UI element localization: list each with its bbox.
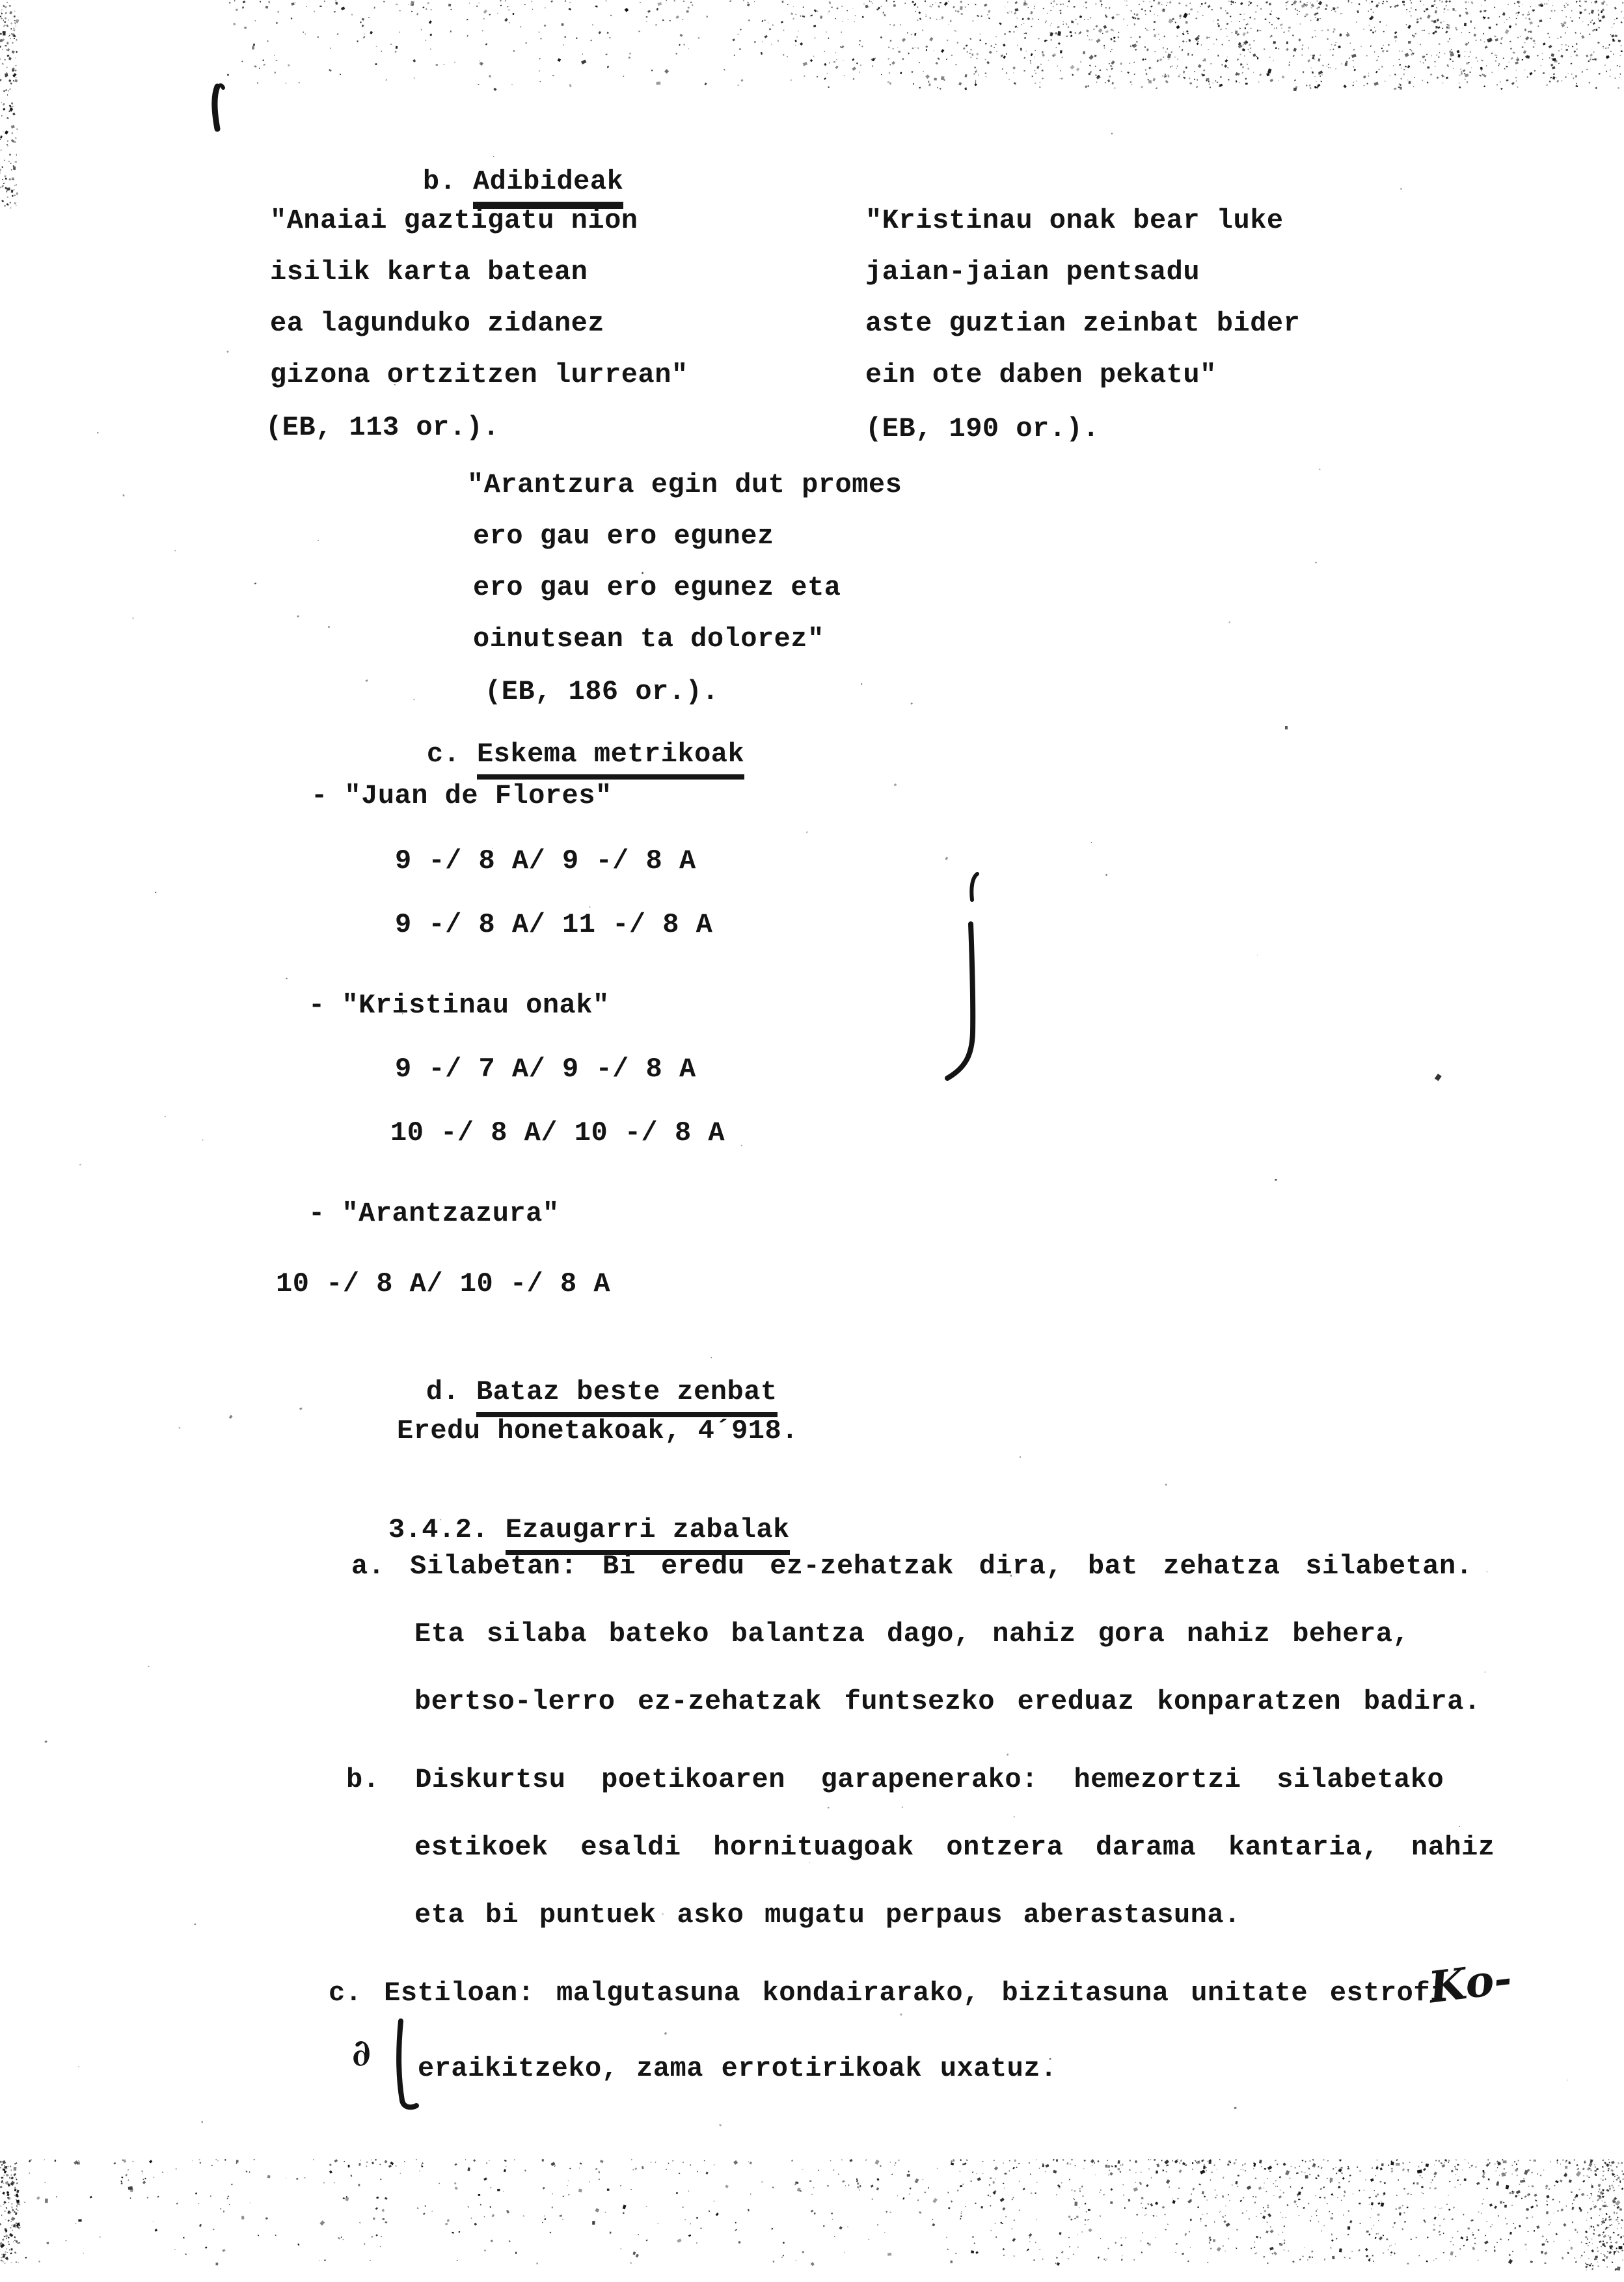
text-line: isilik karta batean: [270, 257, 588, 287]
scan-noise-sparse: [0, 0, 1624, 2282]
text-line: gizona ortzitzen lurrean": [270, 360, 688, 390]
heading-title: Ezaugarri zabalak: [506, 1514, 790, 1555]
text-line: Eta silaba bateko balantza dago, nahiz g…: [414, 1619, 1409, 1649]
text-line: eraikitzeko, zama errotirikoak uxatuz.: [418, 2054, 1057, 2084]
handwritten-correction: Ko-: [1426, 1953, 1515, 2013]
heading-prefix: b.: [423, 166, 473, 197]
text-line: - "Juan de Flores": [311, 781, 612, 811]
text-line: Eredu honetakoak, 4´918.: [397, 1416, 798, 1446]
text-line: a. Silabetan: Bi eredu ez-zehatzak dira,…: [351, 1551, 1472, 1581]
heading-prefix: 3.4.2.: [388, 1514, 506, 1545]
text-line: oinutsean ta dolorez": [473, 624, 824, 654]
scan-noise-bottom: [0, 2159, 1624, 2282]
heading-title: Adibideak: [473, 166, 623, 209]
text-line: jaian-jaian pentsadu: [865, 257, 1200, 287]
text-line: ein ote daben pekatu": [865, 360, 1217, 390]
text-line: 9 -/ 8 A/ 9 -/ 8 A: [395, 846, 696, 876]
text-line: ero gau ero egunez eta: [473, 573, 841, 603]
text-line: ea lagunduko zidanez: [270, 308, 604, 338]
text-line: "Arantzura egin dut promes: [467, 470, 902, 500]
scan-noise-top: [0, 0, 1624, 215]
text-line: - "Arantzazura": [308, 1199, 560, 1229]
text-line: 10 -/ 8 A/ 10 -/ 8 A: [276, 1269, 610, 1299]
heading-title: Eskema metrikoak: [477, 739, 744, 780]
ink-blot-mark: [204, 83, 230, 134]
text-line: c. Estiloan: malgutasuna kondairarako, b…: [329, 1978, 1447, 2008]
heading-prefix: c.: [427, 739, 477, 770]
text-line: (EB, 190 or.).: [865, 414, 1100, 444]
text-line: eta bi puntuek asko mugatu perpaus abera…: [414, 1900, 1241, 1930]
text-line: bertso-lerro ez-zehatzak funtsezko eredu…: [414, 1687, 1481, 1717]
text-line: (EB, 186 or.).: [485, 677, 719, 707]
text-line: "Kristinau onak bear luke: [865, 206, 1284, 236]
text-line: - "Kristinau onak": [308, 990, 610, 1020]
text-line: 9 -/ 7 A/ 9 -/ 8 A: [395, 1054, 696, 1084]
text-line: (EB, 113 or.).: [265, 413, 500, 442]
heading-title: Bataz beste zenbat: [476, 1376, 778, 1417]
text-line: "Anaiai gaztigatu nion: [270, 206, 638, 236]
text-line: ero gau ero egunez: [473, 521, 774, 551]
text-line: 9 -/ 8 A/ 11 -/ 8 A: [395, 910, 712, 940]
heading-prefix: d.: [426, 1376, 476, 1407]
text-line: b. Diskurtsu poetikoaren garapenerako: h…: [346, 1765, 1444, 1795]
vertical-bracket-mark: [930, 862, 1022, 1096]
text-line: aste guztian zeinbat bider: [865, 308, 1300, 338]
scanned-page: b. Adibideak c. Eskema metrikoak d. Bata…: [0, 0, 1624, 2282]
text-line: 10 -/ 8 A/ 10 -/ 8 A: [390, 1118, 725, 1148]
handwritten-insertion: ∂: [349, 2030, 374, 2076]
text-line: estikoek esaldi hornituagoak ontzera dar…: [414, 1832, 1495, 1862]
